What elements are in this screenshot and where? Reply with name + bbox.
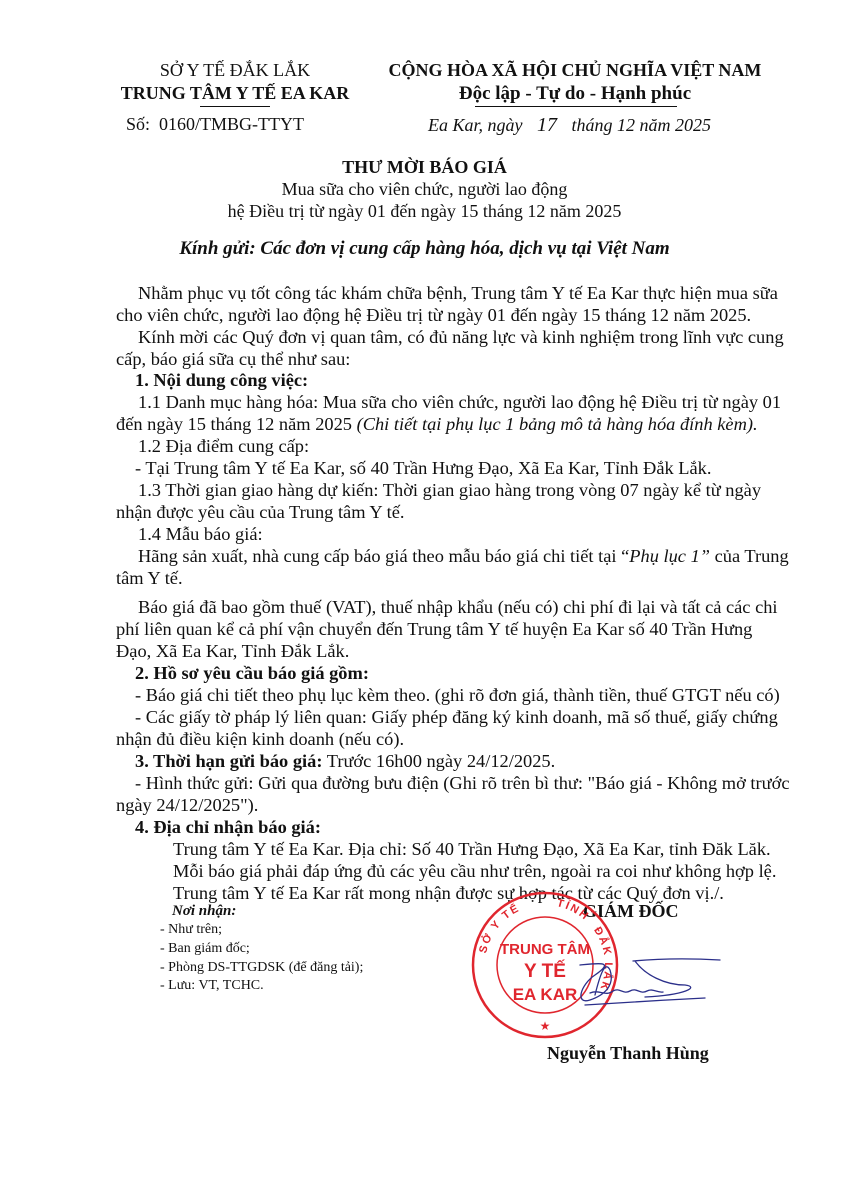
document-number: Số: 0160/TMBG-TTYT <box>126 114 304 135</box>
section-1-4-template: Hãng sản xuất, nhà cung cấp báo giá theo… <box>138 546 789 567</box>
section-1-4: 1.4 Mẫu báo giá: <box>138 524 263 545</box>
recipients-heading: Nơi nhận: <box>172 903 236 920</box>
doc-number-value: 0160 <box>159 114 195 134</box>
paragraph-intro-2-cont: cấp, báo giá sữa cụ thể như sau: <box>116 349 350 370</box>
ministry-name: SỞ Y TẾ ĐẮK LẮK <box>100 60 370 81</box>
document-subtitle-2: hệ Điều trị từ ngày 01 đến ngày 15 tháng… <box>0 201 849 222</box>
document-subtitle-1: Mua sữa cho viên chức, người lao động <box>0 179 849 200</box>
divider <box>200 106 270 107</box>
section-3-method-cont: ngày 24/12/2025"). <box>116 795 258 816</box>
section-1-4-vat-cont-2: Đạo, Xã Ea Kar, Tỉnh Đắk Lắk. <box>116 641 349 662</box>
handwritten-signature <box>575 955 725 1015</box>
section-3: 3. Thời hạn gửi báo giá: Trước 16h00 ngà… <box>135 751 555 772</box>
nation-title: CỘNG HÒA XÃ HỘI CHỦ NGHĨA VIỆT NAM <box>375 60 775 81</box>
paragraph-intro-1-cont: cho viên chức, người lao động hệ Điều tr… <box>116 305 751 326</box>
recipient-item: - Ban giám đốc; <box>160 941 250 957</box>
paragraph-intro-2: Kính mời các Quý đơn vị quan tâm, có đủ … <box>138 327 784 348</box>
section-4-heading: 4. Địa chỉ nhận báo giá: <box>135 817 321 838</box>
svg-text:★: ★ <box>540 1019 551 1033</box>
paragraph-intro-1: Nhằm phục vụ tốt công tác khám chữa bệnh… <box>138 283 778 304</box>
section-2-item-2-cont: nhận đủ điều kiện kinh doanh (nếu có). <box>116 729 404 750</box>
signer-name: Nguyễn Thanh Hùng <box>547 1043 709 1064</box>
section-1-1-cont: đến ngày 15 tháng 12 năm 2025 (Chi tiết … <box>116 414 758 435</box>
national-motto: Độc lập - Tự do - Hạnh phúc <box>375 83 775 105</box>
section-1-4-vat-cont: phí liên quan kể cả phí vận chuyển đến T… <box>116 619 752 640</box>
section-2-item-2: - Các giấy tờ pháp lý liên quan: Giấy ph… <box>135 707 778 728</box>
section-3-heading: 3. Thời hạn gửi báo giá: <box>135 751 322 771</box>
organization-name: TRUNG TÂM Y TẾ EA KAR <box>100 83 370 104</box>
section-1-3-cont: nhận được yêu cầu của Trung tâm Y tế. <box>116 502 405 523</box>
recipient-item: - Như trên; <box>160 922 222 938</box>
section-4-address: Trung tâm Y tế Ea Kar. Địa chỉ: Số 40 Tr… <box>173 839 771 860</box>
date-day: 17 <box>537 114 557 136</box>
section-3-method: - Hình thức gửi: Gửi qua đường bưu điện … <box>135 773 790 794</box>
section-1-3: 1.3 Thời gian giao hàng dự kiến: Thời gi… <box>138 480 761 501</box>
divider <box>475 106 677 107</box>
section-1-4-template-cont: tâm Y tế. <box>116 568 183 589</box>
section-1-2-detail: - Tại Trung tâm Y tế Ea Kar, số 40 Trần … <box>135 458 711 479</box>
section-1-heading: 1. Nội dung công việc: <box>135 370 308 391</box>
section-1-2: 1.2 Địa điểm cung cấp: <box>138 436 309 457</box>
document-date: Ea Kar, ngày 17 tháng 12 năm 2025 <box>428 114 711 137</box>
document-title: THƯ MỜI BÁO GIÁ <box>0 157 849 178</box>
svg-text:EA KAR: EA KAR <box>513 985 578 1004</box>
recipient-item: - Lưu: VT, TCHC. <box>160 978 264 994</box>
section-4-validity: Mỗi báo giá phải đáp ứng đủ các yêu cầu … <box>173 861 776 882</box>
section-1-4-vat: Báo giá đã bao gồm thuế (VAT), thuế nhập… <box>138 597 778 618</box>
section-1-1: 1.1 Danh mục hàng hóa: Mua sữa cho viên … <box>138 392 781 413</box>
addressee: Kính gửi: Các đơn vị cung cấp hàng hóa, … <box>0 238 849 260</box>
section-2-heading: 2. Hồ sơ yêu cầu báo giá gồm: <box>135 663 369 684</box>
recipient-item: - Phòng DS-TTGDSK (để đăng tải); <box>160 960 363 976</box>
svg-text:Y TẾ: Y TẾ <box>524 960 566 982</box>
section-2-item-1: - Báo giá chi tiết theo phụ lục kèm theo… <box>135 685 780 706</box>
